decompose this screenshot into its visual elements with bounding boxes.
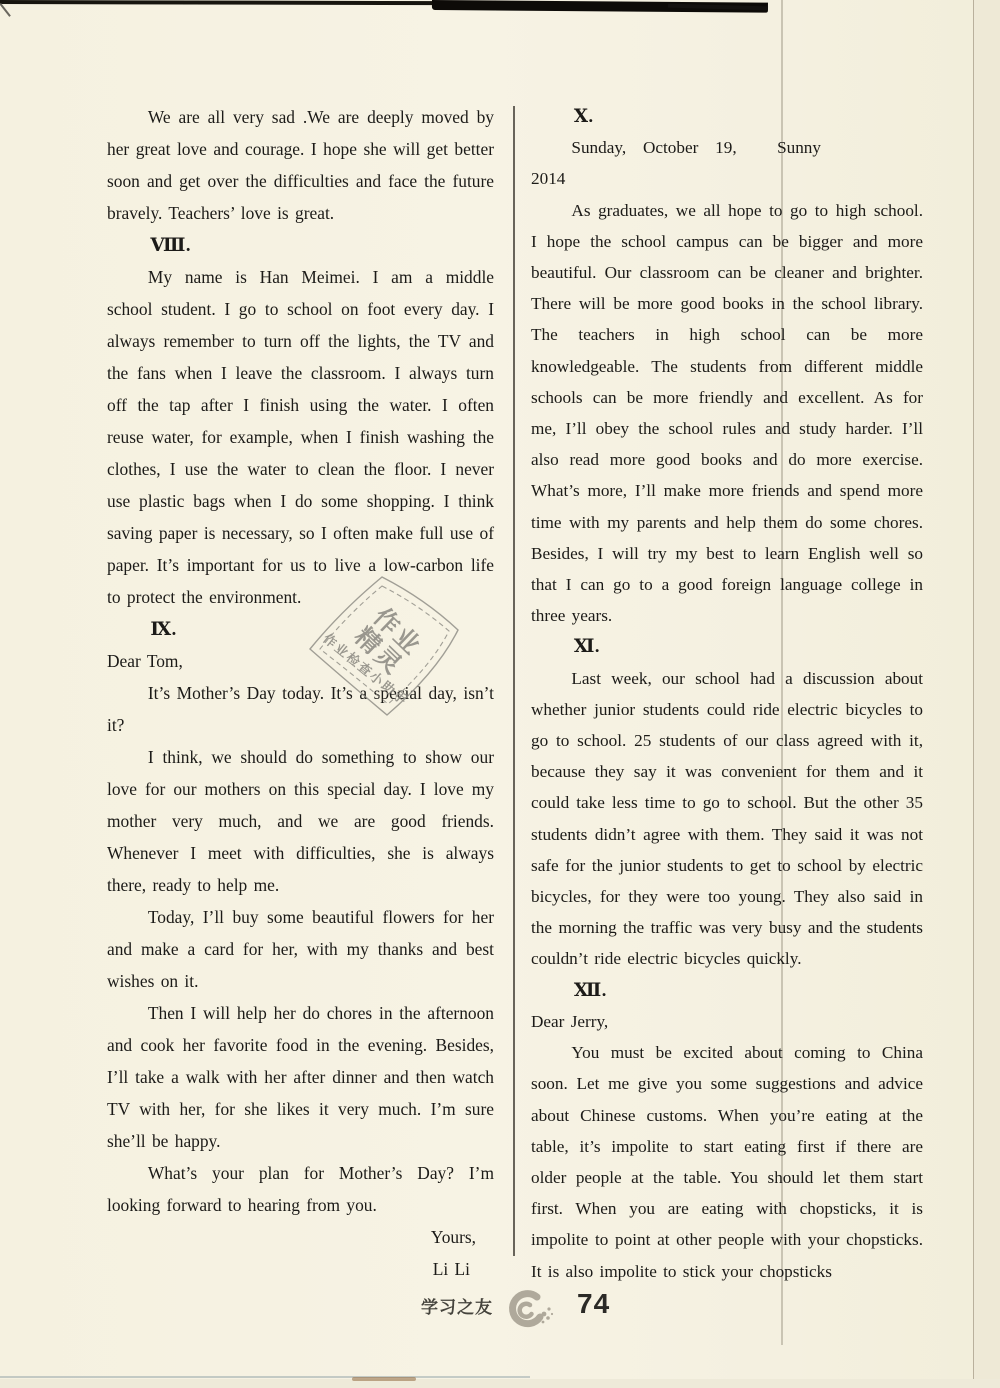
scan-edge-top-thin — [0, 0, 450, 5]
paragraph-mothers-day-5: What’s your plan for Mother’s Day? I’m l… — [107, 1157, 494, 1221]
section-heading-x: Ⅹ. — [531, 101, 923, 132]
homework-elf-watermark-stamp: 作业 精灵 作业检查小助手 — [306, 574, 466, 726]
page-number: 74 — [577, 1288, 610, 1320]
diary-weather: Sunny — [737, 132, 821, 194]
bottom-smudge-mark — [352, 1377, 416, 1381]
spiral-seal-icon — [499, 1284, 555, 1338]
letter-signature: Li Li — [107, 1253, 494, 1285]
bottom-edge-line — [0, 1376, 530, 1378]
scanned-workbook-page: We are all very sad .We are deeply moved… — [0, 0, 1000, 1388]
section-heading-xii: Ⅻ. — [531, 975, 923, 1006]
diary-dateline: Sunday, October 19, 2014 Sunny — [531, 132, 923, 194]
corner-fold-mark — [0, 3, 11, 17]
paragraph-teachers-love: We are all very sad .We are deeply moved… — [107, 101, 494, 229]
page-edge-shade — [974, 0, 1000, 1388]
letter-closing: Yours, — [107, 1221, 494, 1253]
section-heading-xi: Ⅺ. — [531, 631, 923, 662]
letter-salutation-jerry: Dear Jerry, — [531, 1006, 923, 1037]
page-edge-line — [973, 0, 974, 1388]
paragraph-high-school-hopes: As graduates, we all hope to go to high … — [531, 195, 923, 632]
paragraph-mothers-day-4: Then I will help her do chores in the af… — [107, 997, 494, 1157]
column-divider-rule — [513, 106, 515, 1256]
paragraph-mothers-day-2: I think, we should do something to show … — [107, 741, 494, 901]
bottom-edge-shade — [0, 1379, 1000, 1388]
paragraph-mothers-day-3: Today, I’ll buy some beautiful flowers f… — [107, 901, 494, 997]
right-column: Ⅹ. Sunday, October 19, 2014 Sunny As gra… — [531, 101, 923, 1287]
paragraph-chinese-customs: You must be excited about coming to Chin… — [531, 1037, 923, 1287]
diary-date: Sunday, October 19, 2014 — [531, 132, 737, 194]
paragraph-low-carbon-life: My name is Han Meimei. I am a middle sch… — [107, 261, 494, 613]
footer-brand-logo: 学习之友 — [421, 1293, 493, 1318]
section-heading-viii: Ⅷ. — [107, 229, 494, 261]
paragraph-electric-bicycles: Last week, our school had a discussion a… — [531, 663, 923, 975]
